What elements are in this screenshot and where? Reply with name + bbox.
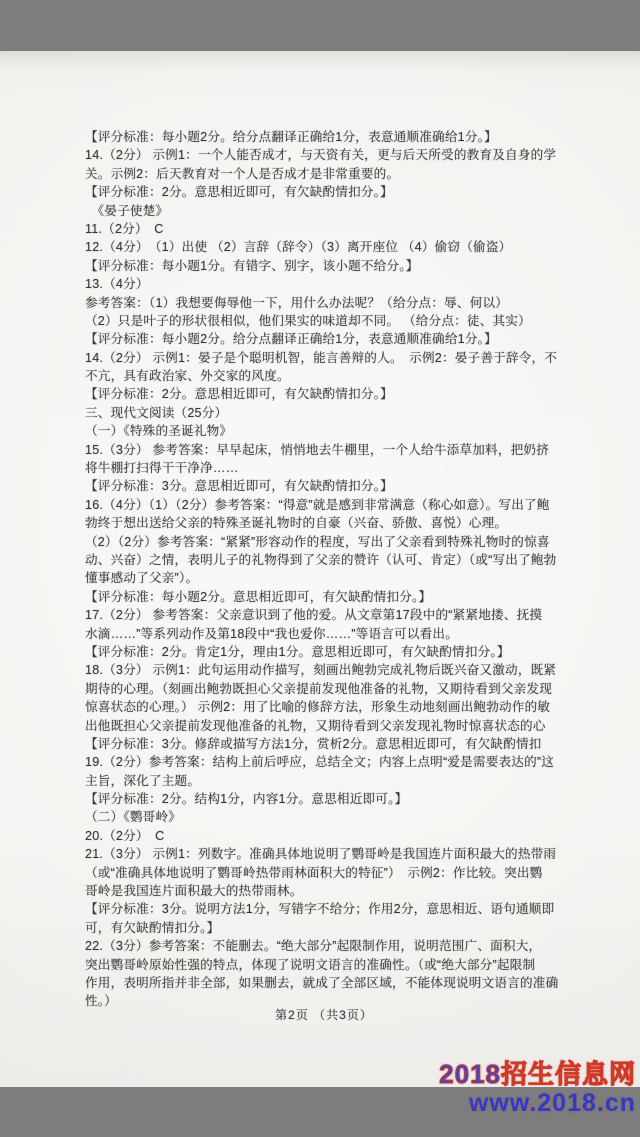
document-line: 将牛棚打扫得干干净净…… — [85, 459, 563, 477]
document-line: 14.（2分） 示例1：一个人能否成才，与天资有关，更与后天所受的教育及自身的学… — [85, 146, 563, 164]
watermark-url: www.2018.cn — [439, 1089, 636, 1118]
page-number: 第2页 （共3页） — [85, 1006, 563, 1023]
document-line: 突出鹦哥岭原始性强的特点，体现了说明文语言的准确性。（或“绝大部分”起限制 — [85, 956, 563, 974]
document-line: 《晏子使楚》 — [85, 202, 563, 220]
document-page: 【评分标准：每小题2分。给分点翻译正确给1分，表意通顺准确给1分。】14.（2分… — [0, 51, 640, 1087]
document-line: 出他既担心父亲提前发现他准备的礼物，又期待看到父亲发现礼物时惊喜状态的心理。 — [85, 717, 563, 735]
document-line: 可，有欠缺酌情扣分。】 — [85, 919, 563, 937]
document-line: 【评分标准：3分。说明方法1分，写错字不给分；作用2分，意思相近、语句通顺即 — [85, 900, 563, 918]
document-line: 20.（2分） C — [85, 827, 563, 845]
document-line: 11.（2分） C — [85, 220, 563, 238]
document-line: 【评分标准：每小题2分。意思相近即可，有欠缺酌情扣分。】 — [85, 588, 563, 606]
document-line: 【评分标准：2分。结构1分，内容1分。意思相近即可。】 — [85, 790, 563, 808]
document-line: 不亢，具有政治家、外交家的风度。 — [85, 367, 563, 385]
document-line: 17.（2分） 参考答案：父亲意识到了他的爱。从文章第17段中的“紧紧地搂、抚摸… — [85, 606, 563, 624]
document-line: 动、兴奋）之情，表明儿子的礼物得到了父亲的赞许（认可、肯定）（或“写出了鲍勃的 — [85, 551, 563, 569]
document-line: 参考答案：（1）我想要侮辱他一下，用什么办法呢？（给分点：辱、何以） — [85, 294, 563, 312]
document-line: （2）（2分）参考答案：“紧紧”形容动作的程度，写出了父亲看到特殊礼物时的惊喜（… — [85, 533, 563, 551]
document-line: 14.（2分） 示例1：晏子是个聪明机智，能言善辩的人。 示例2：晏子善于辞令，… — [85, 349, 563, 367]
document-line: 15.（3分） 参考答案：早早起床，悄悄地去牛棚里，一个人给牛添草加料，把奶挤了… — [85, 441, 563, 459]
document-line: 【评分标准：每小题1分。有错字、别字，该小题不给分。】 — [85, 257, 563, 275]
document-line: 21.（3分） 示例1：列数字。准确具体地说明了鹦哥岭是我国连片面积最大的热带雨… — [85, 845, 563, 863]
document-line: 勃终于想出送给父亲的特殊圣诞礼物时的自豪（兴奋、骄傲、喜悦）心理。 — [85, 514, 563, 532]
document-line: 22.（3分）参考答案：不能删去。“绝大部分”起限制作用，说明范围广、面积大， — [85, 937, 563, 955]
watermark-site-name: 2018招生信息网 — [439, 1060, 636, 1089]
document-line: 作用，表明所指并非全部，如果删去，就成了全部区域，不能体现说明文语言的准确 — [85, 974, 563, 992]
document-line: 【评分标准：2分。意思相近即可，有欠缺酌情扣分。】 — [85, 385, 563, 403]
document-line: （2）只是叶子的形状很相似，他们果实的味道却不同。 （给分点：徒、其实） — [85, 312, 563, 330]
document-line: 【评分标准：2分。肯定1分，理由1分。意思相近即可，有欠缺酌情扣分。】 — [85, 643, 563, 661]
document-line: 19.（2分）参考答案：结构上前后呼应，总结全文；内容上点明“爱是需要表达的”这… — [85, 753, 563, 771]
top-gray-band — [0, 0, 640, 51]
document-line: 三、现代文阅读（25分） — [85, 404, 563, 422]
document-line: 【评分标准：3分。意思相近即可，有欠缺酌情扣分。】 — [85, 477, 563, 495]
document-line: 16.（4分）（1）（2分）参考答案：“得意”就是感到非常满意（称心如意）。写出… — [85, 496, 563, 514]
document-line: 惊喜状态的心理。） 示例2：用了比喻的修辞方法，形象生动地刻画出鲍勃动作的敏捷。… — [85, 698, 563, 716]
document-line: （或“准确具体地说明了鹦哥岭热带雨林面积大的特征”） 示例2：作比较。突出鹦 — [85, 864, 563, 882]
document-line: 【评分标准：每小题2分。给分点翻译正确给1分，表意通顺准确给1分。】 — [85, 128, 563, 146]
document-text-block: 【评分标准：每小题2分。给分点翻译正确给1分，表意通顺准确给1分。】14.（2分… — [85, 128, 563, 1011]
document-line: 13.（4分） — [85, 275, 563, 293]
document-line: （一）《特殊的圣诞礼物》 — [85, 422, 563, 440]
document-line: 水滴……”等系列动作及第18段中“我也爱你……”等语言可以看出。 — [85, 625, 563, 643]
document-line: 12.（4分） （1）出使 （2）言辞（辞令）（3）离开座位 （4）偷窃（偷盗） — [85, 238, 563, 256]
document-line: 【评分标准：3分。修辞或描写方法1分，赏析2分。意思相近即可，有欠缺酌情扣分。】 — [85, 735, 563, 753]
document-line: 【评分标准：2分。意思相近即可，有欠缺酌情扣分。】 — [85, 183, 563, 201]
document-line: 【评分标准：每小题2分。给分点翻译正确给1分，表意通顺准确给1分。】 — [85, 330, 563, 348]
document-line: 哥岭是我国连片面积最大的热带雨林。 — [85, 882, 563, 900]
watermark: 2018招生信息网 www.2018.cn — [439, 1060, 636, 1118]
document-line: 期待的心理。（刻画出鲍勃既担心父亲提前发现他准备的礼物，又期待看到父亲发现礼物时 — [85, 680, 563, 698]
document-line: 关。示例2：后天教育对一个人是否成才是非常重要的。 — [85, 165, 563, 183]
document-line: 18.（3分） 示例1：此句运用动作描写，刻画出鲍勃完成礼物后既兴奋又激动，既紧… — [85, 661, 563, 679]
document-line: （二）《鹦哥岭》 — [85, 808, 563, 826]
document-line: 懂事感动了父亲”）。 — [85, 569, 563, 587]
document-line: 主旨，深化了主题。 — [85, 772, 563, 790]
photo-background: 【评分标准：每小题2分。给分点翻译正确给1分，表意通顺准确给1分。】14.（2分… — [0, 0, 640, 1137]
